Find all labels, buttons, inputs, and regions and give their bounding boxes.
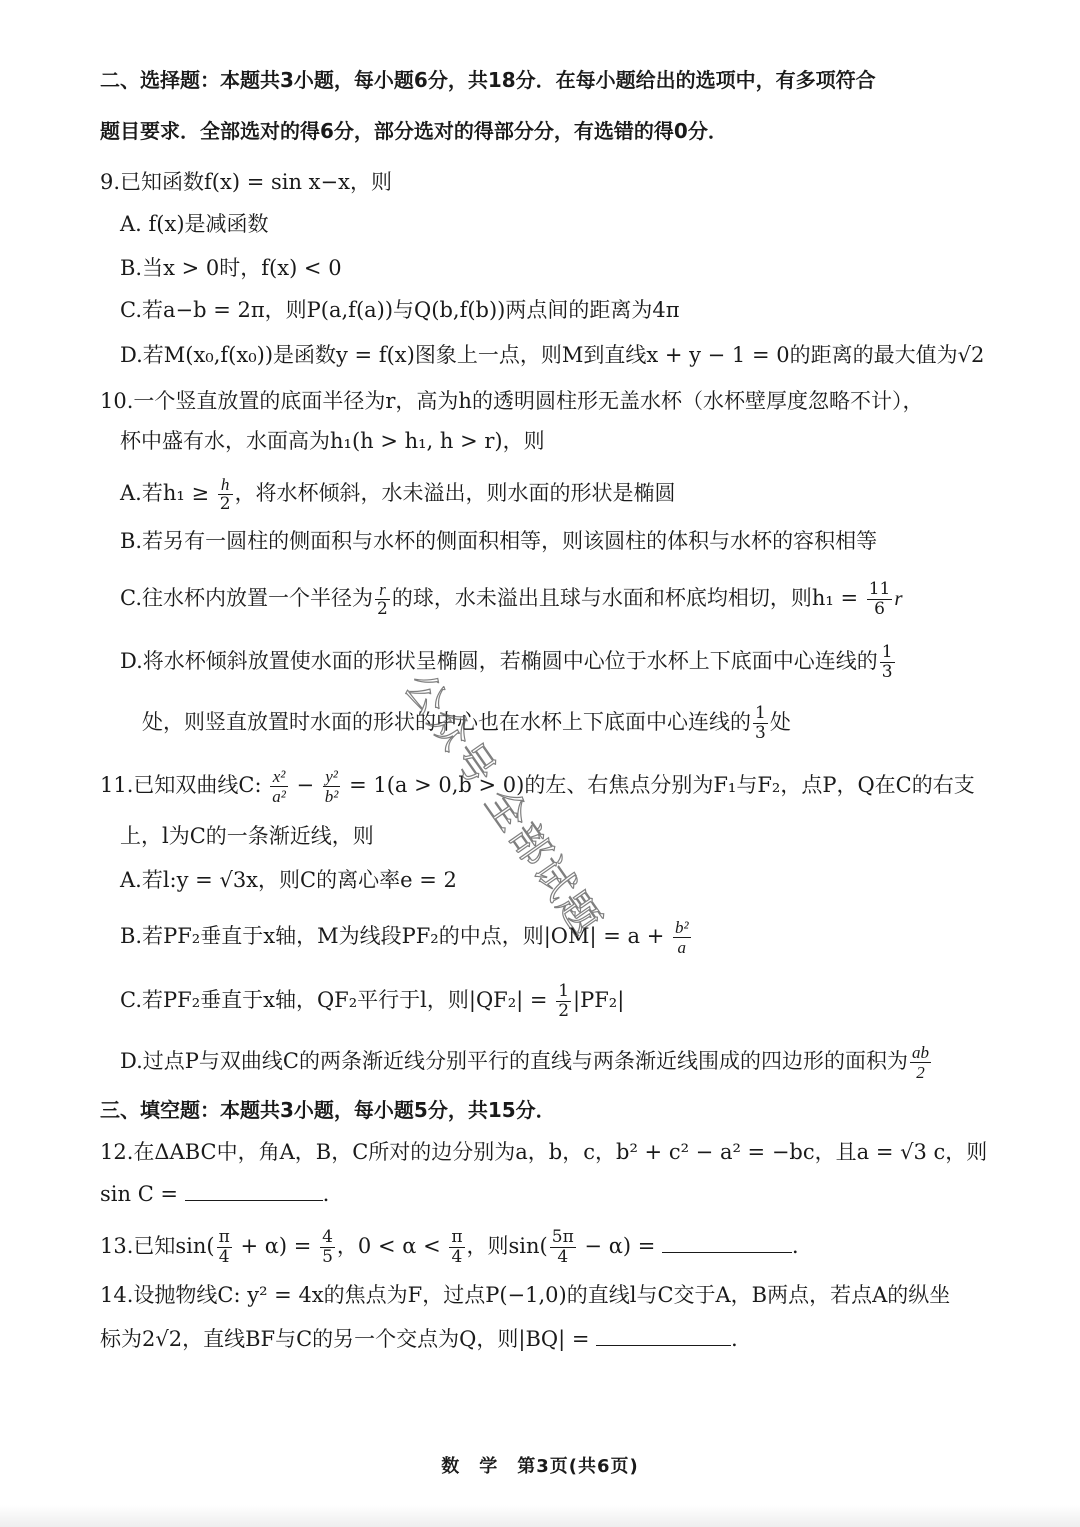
section3-header: 三、填空题：本题共3小题，每小题5分，共15分． [100, 1096, 556, 1124]
answer-blank[interactable] [662, 1232, 792, 1253]
fraction: 13 [753, 704, 768, 743]
q12-line2: sin C = ． [100, 1180, 344, 1208]
fraction: ab2 [910, 1043, 931, 1082]
q9-stem: 9.已知函数f(x) = sin x−x，则 [100, 168, 392, 196]
section2-header-line1: 二、选择题：本题共3小题，每小题6分，共18分．在每小题给出的选项中，有多项符合 [100, 66, 876, 94]
q11-option-c: C.若PF₂垂直于x轴，QF₂平行于l，则|QF₂| = 12|PF₂| [120, 982, 624, 1021]
fraction: π4 [449, 1228, 464, 1267]
fraction: 5π4 [550, 1228, 576, 1267]
fraction: 12 [556, 982, 571, 1021]
exam-page: 二、选择题：本题共3小题，每小题6分，共18分．在每小题给出的选项中，有多项符合… [0, 0, 1080, 1527]
q11-stem-line2: 上，l为C的一条渐近线，则 [120, 822, 374, 850]
q10-option-b: B.若另有一圆柱的侧面积与水杯的侧面积相等，则该圆柱的体积与水杯的容积相等 [120, 527, 877, 555]
q10-option-c: C.往水杯内放置一个半径为r2的球，水未溢出且球与水面和杯底均相切，则h₁ = … [120, 580, 903, 619]
q9-option-d: D.若M(x₀,f(x₀))是函数y = f(x)图象上一点，则M到直线x + … [120, 341, 984, 369]
q9-option-b: B.当x > 0时，f(x) < 0 [120, 254, 342, 282]
q11-option-d: D.过点P与双曲线C的两条渐近线分别平行的直线与两条渐近线围成的四边形的面积为a… [120, 1043, 933, 1082]
fraction: 13 [880, 643, 895, 682]
scan-edge [0, 1505, 1080, 1527]
q10-stem-line2: 杯中盛有水，水面高为h₁(h > h₁, h > r)，则 [120, 427, 545, 455]
answer-blank[interactable] [185, 1180, 323, 1201]
fraction: 116 [867, 580, 893, 619]
q14-line1: 14.设抛物线C: y² = 4x的焦点为F，过点P(−1,0)的直线l与C交于… [100, 1281, 950, 1309]
fraction: h2 [218, 475, 233, 514]
answer-blank[interactable] [596, 1325, 731, 1346]
fraction: π4 [217, 1228, 232, 1267]
fraction: x²a² [270, 767, 288, 806]
q10-option-a: A.若h₁ ≥ h2，将水杯倾斜，水未溢出，则水面的形状是椭圆 [120, 475, 676, 514]
q10-option-d-line1: D.将水杯倾斜放置使水面的形状呈椭圆，若椭圆中心位于水杯上下底面中心连线的13 [120, 643, 897, 682]
q11-option-a: A.若l:y = √3x，则C的离心率e = 2 [120, 866, 457, 894]
q12-line1: 12.在ΔABC中，角A，B，C所对的边分别为a，b，c，b² + c² − a… [100, 1138, 987, 1166]
q9-option-c: C.若a−b = 2π，则P(a,f(a))与Q(b,f(b))两点间的距离为4… [120, 296, 680, 324]
q9-option-a: A. f(x)是减函数 [120, 210, 269, 238]
page-footer: 数 学 第3页(共6页) [0, 1452, 1080, 1478]
fraction: b²a [673, 918, 691, 957]
q11-option-b: B.若PF₂垂直于x轴，M为线段PF₂的中点，则|OM| = a + b²a [120, 918, 693, 957]
fraction: y²b² [323, 767, 341, 806]
q13: 13.已知sin(π4 + α) = 45，0 < α < π4，则sin(5π… [100, 1228, 813, 1267]
q10-stem-line1: 10.一个竖直放置的底面半径为r，高为h的透明圆柱形无盖水杯（水杯壁厚度忽略不计… [100, 387, 923, 415]
q14-line2: 标为2√2，直线BF与C的另一个交点为Q，则|BQ| = ． [100, 1325, 752, 1353]
fraction: 45 [320, 1228, 335, 1267]
fraction: r2 [375, 580, 390, 619]
section2-header-line2: 题目要求．全部选对的得6分，部分选对的得部分分，有选错的得0分． [100, 117, 728, 145]
